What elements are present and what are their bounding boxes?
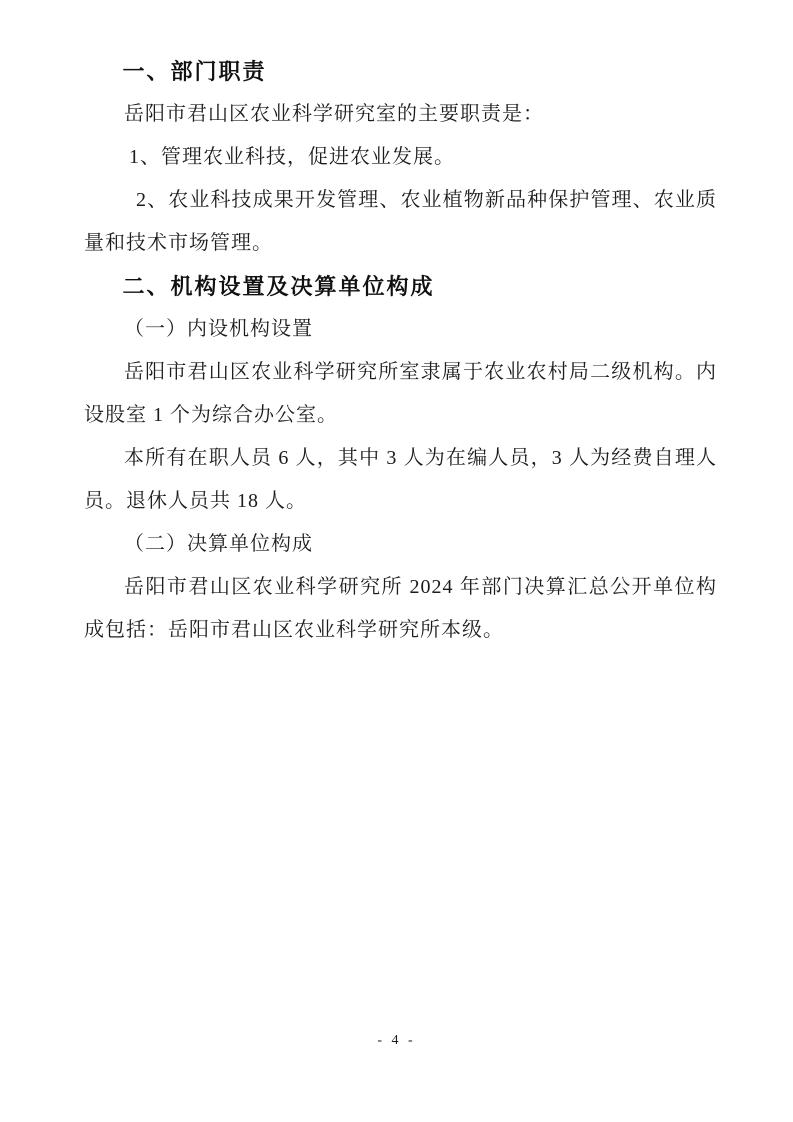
section-2-sub-1-paragraph-2: 本所有在职人员 6 人，其中 3 人为在编人员，3 人为经费自理人员。退休人员共…	[84, 437, 717, 523]
section-2-sub-2-paragraph-1: 岳阳市君山区农业科学研究所 2024 年部门决算汇总公开单位构成包括：岳阳市君山…	[84, 566, 717, 652]
section-2-heading: 二、机构设置及决算单位构成	[84, 265, 717, 308]
section-2-sub-1-heading: （一）内设机构设置	[84, 308, 717, 351]
document-body: 一、部门职责 岳阳市君山区农业科学研究室的主要职责是： 1、管理农业科技，促进农…	[84, 50, 717, 652]
section-2-sub-1-paragraph-1: 岳阳市君山区农业科学研究所室隶属于农业农村局二级机构。内设股室 1 个为综合办公…	[84, 351, 717, 437]
section-1-intro-paragraph: 岳阳市君山区农业科学研究室的主要职责是：	[84, 93, 717, 136]
section-2-sub-2-heading: （二）决算单位构成	[84, 523, 717, 566]
page-number: - 4 -	[0, 1033, 793, 1049]
section-1-item-2-paragraph: 2、农业科技成果开发管理、农业植物新品种保护管理、农业质量和技术市场管理。	[84, 179, 717, 265]
section-1-item-1-paragraph: 1、管理农业科技，促进农业发展。	[84, 136, 717, 179]
document-page: 一、部门职责 岳阳市君山区农业科学研究室的主要职责是： 1、管理农业科技，促进农…	[0, 0, 793, 1122]
section-1-heading: 一、部门职责	[84, 50, 717, 93]
